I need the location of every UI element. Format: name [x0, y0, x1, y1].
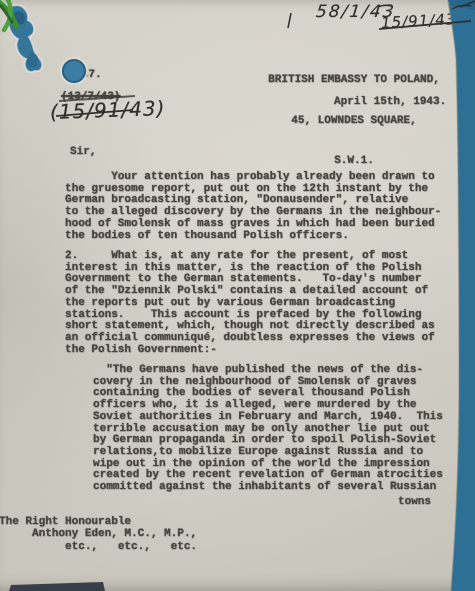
letter-date: April 15th, 1943.	[334, 97, 446, 109]
quote-continuation-word: towns	[398, 497, 431, 509]
letterhead-line2: 45, LOWNDES SQUARE,	[266, 115, 442, 129]
quoted-statement: "The Germans have published the news of …	[93, 365, 443, 494]
registry-number: No.37.	[62, 70, 102, 82]
letterhead-line1: BRITISH EMBASSY TO POLAND,	[266, 74, 442, 88]
salutation: Sir,	[70, 147, 96, 159]
paragraph-2: 2. What is, at any rate for the present,…	[65, 251, 435, 356]
paragraph-1: Your attention has probably already been…	[65, 172, 441, 242]
document-photo: BRITISH EMBASSY TO POLAND, 45, LOWNDES S…	[0, 0, 475, 591]
struck-handwritten-date: (15/91/43)	[50, 96, 166, 124]
letterhead-line3: S.W.1.	[266, 155, 442, 169]
addressee-block: The Right Honourable Anthony Eden, M.C.,…	[0, 516, 197, 553]
